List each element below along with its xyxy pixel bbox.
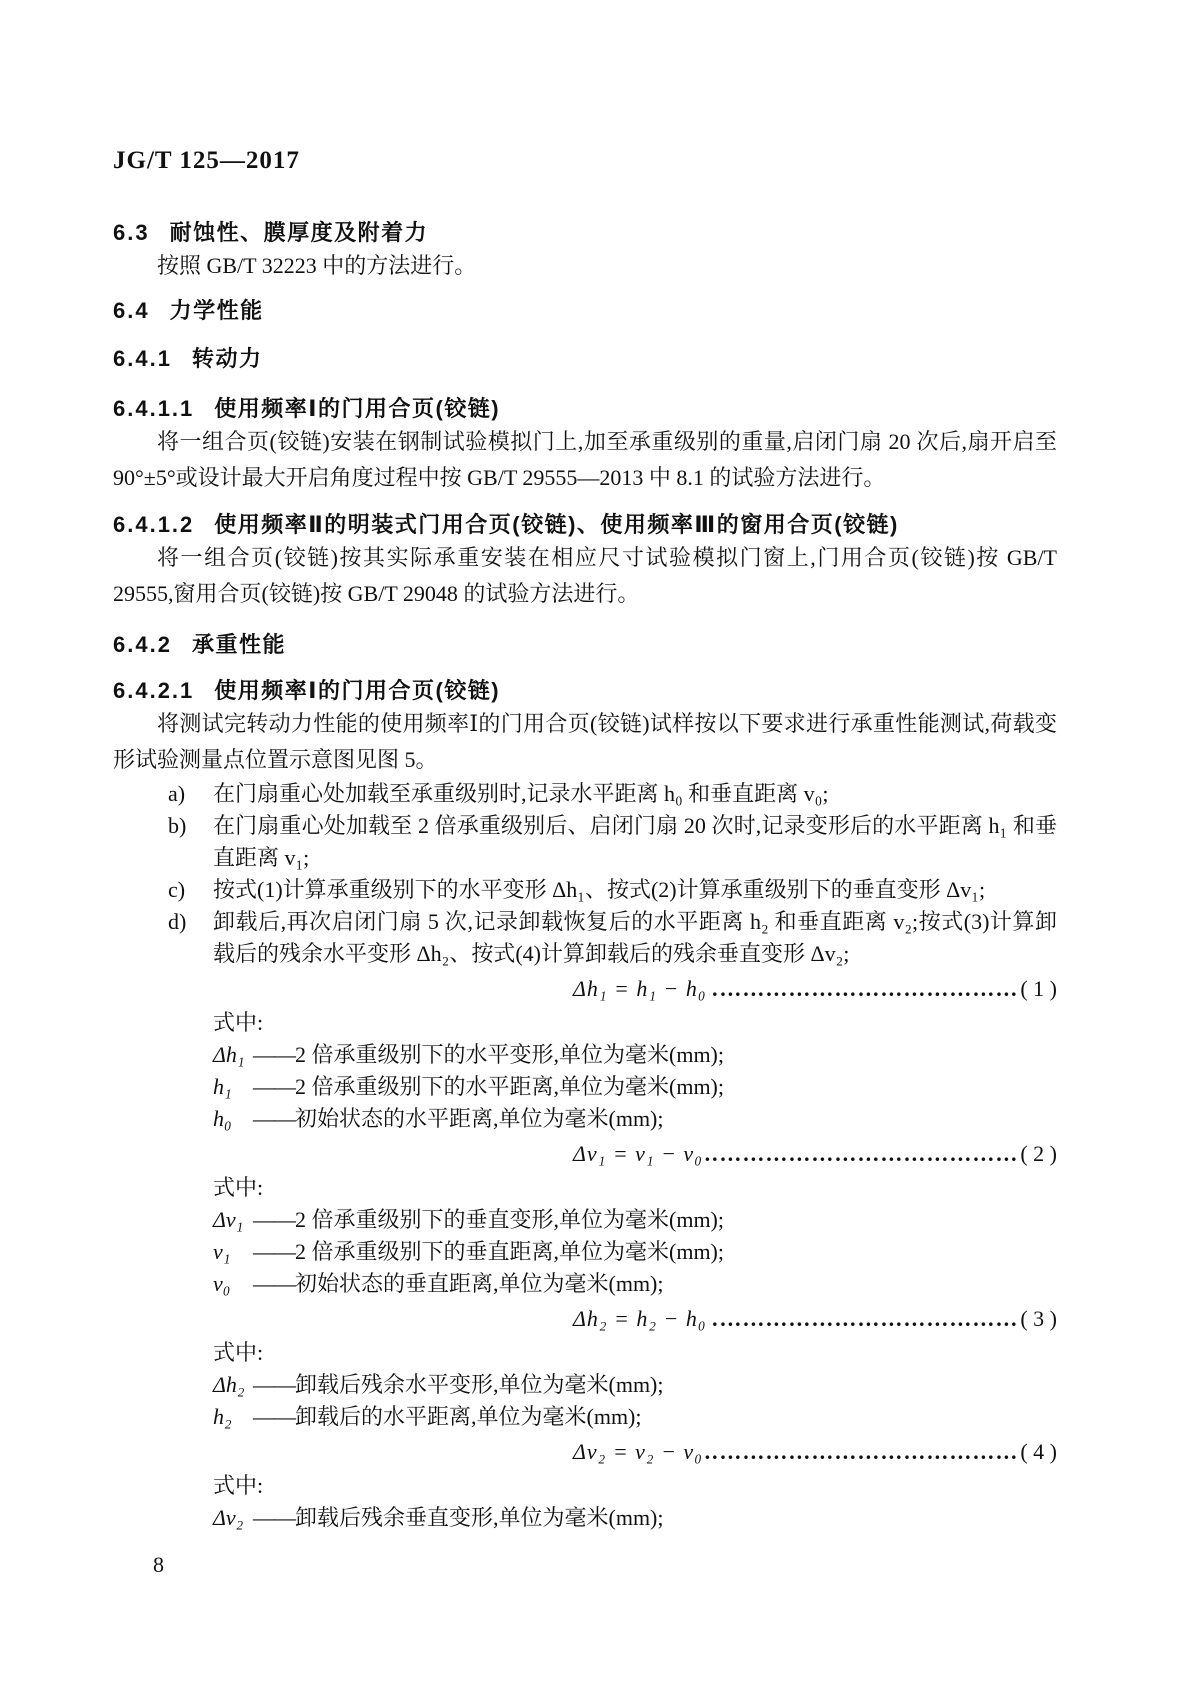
section-title: 力学性能 [170,298,264,323]
dot-leader: …………………………………………………………………………………… [709,1303,1019,1335]
definition-term: Δv₂ [213,1502,253,1534]
list-item-text: 卸载后,再次启闭门扇 5 次,记录卸载恢复后的水平距离 h₂ 和垂直距离 v₂;… [213,909,1057,966]
definition-description: 初始状态的垂直距离,单位为毫米(mm); [295,1268,664,1300]
definition-dash: —— [253,1369,295,1401]
list-item-c: c) 按式(1)计算承重级别下的水平变形 Δh₁、按式(2)计算承重级别下的垂直… [113,874,1057,906]
section-heading-6-4-1: 6.4.1转动力 [113,344,1057,374]
list-item-text: 在门扇重心处加载至 2 倍承重级别后、启闭门扇 20 次时,记录变形后的水平距离… [213,813,1057,870]
section-heading-6-3: 6.3耐蚀性、膜厚度及附着力 [113,218,1057,248]
paragraph-6-4-2-1: 将测试完转动力性能的使用频率Ⅰ的门用合页(铰链)试样按以下要求进行承重性能测试,… [113,706,1057,778]
formula-expression: Δh₂ = h₂ − h₀ [573,1303,707,1335]
formula-number: ( 4 ) [1020,1436,1057,1468]
formula-row-4: Δv₂ = v₂ − v₀ ……………………………………………………………………… [113,1436,1057,1468]
definition-description: 卸载后残余水平变形,单位为毫米(mm); [295,1369,664,1401]
section-heading-6-4-1-2: 6.4.1.2使用频率Ⅱ的明装式门用合页(铰链)、使用频率Ⅲ的窗用合页(铰链) [113,510,1057,540]
definition-term: Δh₂ [213,1369,253,1401]
definition-description: 卸载后残余垂直变形,单位为毫米(mm); [295,1502,664,1534]
list-item-d: d) 卸载后,再次启闭门扇 5 次,记录卸载恢复后的水平距离 h₂ 和垂直距离 … [113,906,1057,970]
formula-expression: Δv₁ = v₁ − v₀ [573,1138,703,1170]
section-number: 6.4.2.1 [113,678,194,703]
definition-term: v₁ [213,1236,253,1268]
section-number: 6.4.1.1 [113,396,194,421]
definition-term: Δh₁ [213,1039,253,1071]
formula-number: ( 3 ) [1020,1303,1057,1335]
definition-dash: —— [253,1103,295,1135]
section-heading-6-4: 6.4力学性能 [113,296,1057,326]
list-item-a: a) 在门扇重心处加载至承重级别时,记录水平距离 h₀ 和垂直距离 v₀; [113,778,1057,810]
list-marker: c) [168,874,185,906]
definition-dash: —— [253,1268,295,1300]
section-title: 转动力 [192,346,263,371]
definition-description: 2 倍承重级别下的垂直距离,单位为毫米(mm); [295,1236,724,1268]
list-marker: a) [168,778,185,810]
list-item-text: 在门扇重心处加载至承重级别时,记录水平距离 h₀ 和垂直距离 v₀; [213,781,828,806]
section-title: 耐蚀性、膜厚度及附着力 [170,220,429,245]
section-heading-6-4-2-1: 6.4.2.1使用频率Ⅰ的门用合页(铰链) [113,676,1057,706]
section-number: 6.4 [113,298,150,323]
paragraph-6-3: 按照 GB/T 32223 中的方法进行。 [113,248,1057,284]
formula-number: ( 1 ) [1020,973,1057,1005]
dot-leader: …………………………………………………………………………………… [705,1138,1019,1170]
document-page: JG/T 125—2017 6.3耐蚀性、膜厚度及附着力 按照 GB/T 322… [0,0,1200,1701]
section-title: 使用频率Ⅰ的门用合页(铰链) [214,396,500,421]
formula-row-3: Δh₂ = h₂ − h₀ ……………………………………………………………………… [113,1303,1057,1335]
definition-row: v₀ —— 初始状态的垂直距离,单位为毫米(mm); [213,1268,1057,1300]
section-number: 6.4.1 [113,346,172,371]
definition-description: 初始状态的水平距离,单位为毫米(mm); [295,1103,664,1135]
definition-description: 卸载后的水平距离,单位为毫米(mm); [295,1401,642,1433]
doc-code-header: JG/T 125—2017 [113,146,1057,176]
formula-expression: Δh₁ = h₁ − h₀ [573,973,707,1005]
definition-dash: —— [253,1039,295,1071]
paragraph-6-4-1-1: 将一组合页(铰链)安装在钢制试验模拟门上,加至承重级别的重量,启闭门扇 20 次… [113,424,1057,496]
definition-dash: —— [253,1236,295,1268]
definition-term: v₀ [213,1268,253,1300]
definition-row: Δv₁ —— 2 倍承重级别下的垂直变形,单位为毫米(mm); [213,1204,1057,1236]
where-label: 式中: [213,1172,1057,1204]
definition-term: h₀ [213,1103,253,1135]
definition-description: 2 倍承重级别下的水平距离,单位为毫米(mm); [295,1071,724,1103]
formula-expression: Δv₂ = v₂ − v₀ [573,1436,703,1468]
page-number: 8 [153,1551,164,1579]
section-title: 使用频率Ⅰ的门用合页(铰链) [214,678,500,703]
list-marker: b) [168,810,186,842]
section-heading-6-4-1-1: 6.4.1.1使用频率Ⅰ的门用合页(铰链) [113,394,1057,424]
list-item-b: b) 在门扇重心处加载至 2 倍承重级别后、启闭门扇 20 次时,记录变形后的水… [113,810,1057,874]
where-label: 式中: [213,1470,1057,1502]
where-label: 式中: [213,1337,1057,1369]
formula-number: ( 2 ) [1020,1138,1057,1170]
definition-dash: —— [253,1071,295,1103]
definition-row: Δh₁ —— 2 倍承重级别下的水平变形,单位为毫米(mm); [213,1039,1057,1071]
section-number: 6.4.1.2 [113,512,194,537]
definition-dash: —— [253,1401,295,1433]
definition-row: Δv₂ —— 卸载后残余垂直变形,单位为毫米(mm); [213,1502,1057,1534]
section-title: 使用频率Ⅱ的明装式门用合页(铰链)、使用频率Ⅲ的窗用合页(铰链) [214,512,899,537]
definition-row: v₁ —— 2 倍承重级别下的垂直距离,单位为毫米(mm); [213,1236,1057,1268]
definition-row: Δh₂ —— 卸载后残余水平变形,单位为毫米(mm); [213,1369,1057,1401]
formula-row-1: Δh₁ = h₁ − h₀ ……………………………………………………………………… [113,973,1057,1005]
section-number: 6.4.2 [113,632,172,657]
list-item-text: 按式(1)计算承重级别下的水平变形 Δh₁、按式(2)计算承重级别下的垂直变形 … [213,877,985,902]
definition-term: h₁ [213,1071,253,1103]
dot-leader: …………………………………………………………………………………… [705,1436,1019,1468]
paragraph-6-4-1-2: 将一组合页(铰链)按其实际承重安装在相应尺寸试验模拟门窗上,门用合页(铰链)按 … [113,540,1057,612]
section-title: 承重性能 [192,632,286,657]
section-number: 6.3 [113,220,150,245]
definition-dash: —— [253,1204,295,1236]
formula-row-2: Δv₁ = v₁ − v₀ ……………………………………………………………………… [113,1138,1057,1170]
where-label: 式中: [213,1007,1057,1039]
dot-leader: …………………………………………………………………………………… [709,973,1019,1005]
section-heading-6-4-2: 6.4.2承重性能 [113,630,1057,660]
definition-row: h₁ —— 2 倍承重级别下的水平距离,单位为毫米(mm); [213,1071,1057,1103]
definition-description: 2 倍承重级别下的垂直变形,单位为毫米(mm); [295,1204,724,1236]
list-marker: d) [168,906,186,938]
definition-row: h₀ —— 初始状态的水平距离,单位为毫米(mm); [213,1103,1057,1135]
definition-term: h₂ [213,1401,253,1433]
definition-term: Δv₁ [213,1204,253,1236]
definition-row: h₂ —— 卸载后的水平距离,单位为毫米(mm); [213,1401,1057,1433]
definition-description: 2 倍承重级别下的水平变形,单位为毫米(mm); [295,1039,724,1071]
definition-dash: —— [253,1502,295,1534]
